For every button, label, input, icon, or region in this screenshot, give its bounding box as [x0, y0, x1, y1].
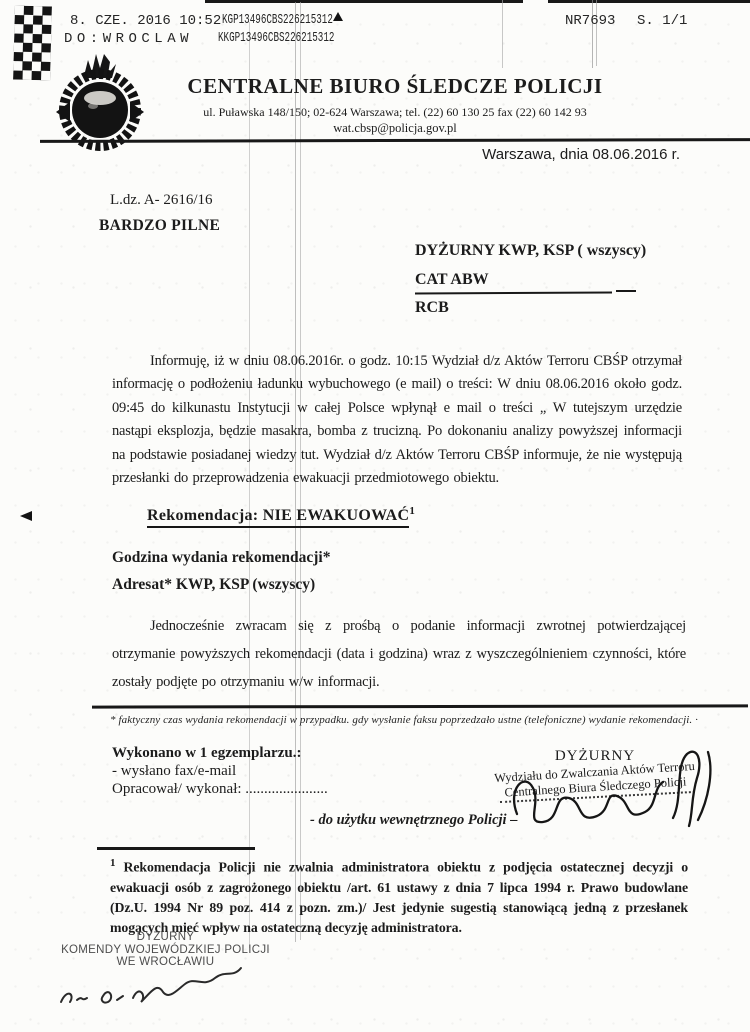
prepared-line: Opracował/ wykonał: ....................…: [112, 781, 328, 798]
fax-to-line: DO:WROCLAW: [64, 31, 193, 47]
reference-number: L.dz. A- 2616/16: [110, 192, 213, 209]
recipient-line-1: DYŻURNY KWP, KSP ( wszyscy): [415, 242, 646, 260]
recommendation-footnote-ref: 1: [409, 505, 415, 517]
sent-line: - wysłano fax/e-mail: [112, 763, 236, 780]
duty-officer-signature: [505, 748, 720, 843]
scan-fold-line: [592, 0, 593, 68]
recipient-line-2: CAT ABW: [415, 271, 489, 289]
body-paragraph-2: Jednocześnie zwracam się z prośbą o poda…: [112, 612, 686, 696]
copies-line: Wykonano w 1 egzemplarzu.:: [112, 745, 301, 762]
fax-checker-pattern-icon: [13, 6, 52, 81]
receiver-stamp-line-1: DYŻURNY: [58, 931, 273, 944]
recipient-underline: [616, 290, 636, 292]
asterisk-note: * faktyczny czas wydania rekomendacji w …: [110, 714, 698, 726]
note-rule: [92, 704, 748, 708]
fax-page-indicator: S. 1/1: [637, 13, 687, 29]
scan-edge-line: [205, 0, 523, 3]
internal-use-note: - do użytku wewnętrznego Policji –: [310, 812, 517, 829]
org-name: CENTRALNE BIURO ŚLEDCZE POLICJI: [155, 74, 635, 99]
fax-doc-number: NR7693: [565, 13, 615, 29]
receiver-stamp-line-2: KOMENDY WOJEWÓDZKIEJ POLICJI: [58, 944, 273, 957]
fax-datetime: 8. CZE. 2016 10:52: [70, 13, 221, 29]
footnote-text: Rekomendacja Policji nie zwalnia adminis…: [110, 860, 688, 935]
document-page: 8. CZE. 2016 10:52 KGP13496CBS226215312 …: [0, 0, 750, 1032]
scan-edge-line: [548, 0, 750, 3]
priority-label: BARDZO PILNE: [99, 217, 220, 235]
recipient-line-3: RCB: [415, 299, 449, 317]
recommendation-text: Rekomendacja: NIE EWAKUOWAĆ: [147, 507, 409, 528]
police-emblem-icon: [54, 52, 146, 152]
issue-time-label: Godzina wydania rekomendacji*: [112, 549, 330, 567]
recipient-underline: [415, 291, 612, 294]
fax-code-line2: KKGP13496CBS226215312: [218, 30, 334, 46]
fax-code-line1: KGP13496CBS226215312: [222, 12, 333, 28]
letterhead-rule: [40, 138, 750, 143]
scan-fold-line: [502, 0, 503, 68]
fax-marker-triangle-icon: [333, 12, 343, 21]
org-email: wat.cbsp@policja.gov.pl: [155, 121, 635, 136]
org-address: ul. Puławska 148/150; 02-624 Warszawa; t…: [155, 105, 635, 120]
addressee-label: Adresat* KWP, KSP (wszyscy): [112, 576, 315, 594]
dateline: Warszawa, dnia 08.06.2016 r.: [440, 146, 680, 163]
receiver-signature: [55, 962, 245, 1010]
body-paragraph-1: Informuję, iż w dniu 08.06.2016r. o godz…: [112, 350, 682, 490]
footnote-rule: [97, 847, 255, 850]
scan-fold-line: [596, 0, 597, 66]
margin-arrow-icon: [20, 511, 32, 521]
